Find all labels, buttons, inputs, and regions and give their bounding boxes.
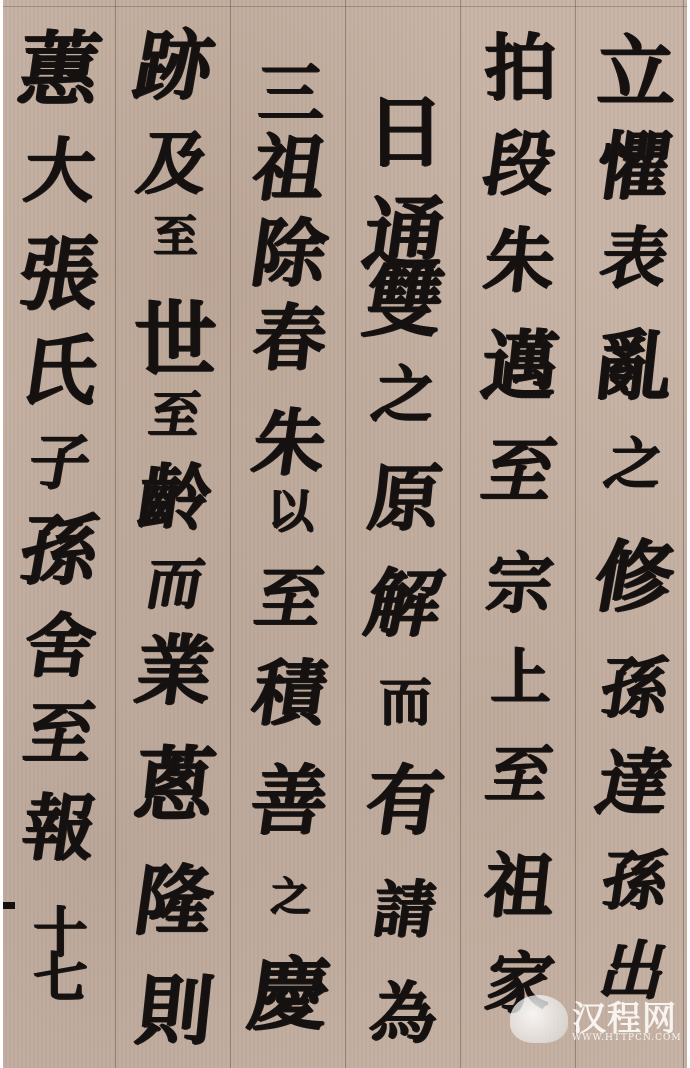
character: 至 — [452, 415, 588, 516]
character: 春 — [228, 280, 354, 384]
character: 請 — [342, 860, 470, 949]
character: 修 — [568, 515, 687, 627]
character: 蕙 — [3, 5, 126, 120]
character: 之 — [340, 345, 471, 434]
text-column-4: 三 祖 除 春 朱 以 至 積 善 之 慶 — [233, 0, 348, 1068]
character: 子 — [3, 415, 126, 501]
character: 以 — [233, 475, 348, 541]
character: 七 — [3, 935, 118, 1012]
character: 朱 — [458, 205, 584, 306]
character: 及 — [108, 110, 244, 207]
character: 而 — [348, 660, 463, 735]
text-column-2: 拍 段 朱 邁 至 宗 上 至 祖 家 — [463, 0, 578, 1068]
character: 雙 — [338, 240, 473, 352]
character: 祖 — [458, 830, 584, 931]
character: 孫 — [572, 830, 687, 922]
text-column-6: 蕙 大 張 氏 子 孫 舍 至 報 十 七 — [3, 0, 118, 1068]
character: 原 — [343, 440, 469, 544]
character: 則 — [112, 950, 238, 1059]
character: 慶 — [225, 930, 356, 1045]
character: 積 — [226, 635, 356, 739]
character: 至 — [225, 545, 357, 640]
character: 之 — [233, 865, 348, 922]
character: 亂 — [572, 305, 687, 414]
character: 張 — [3, 210, 126, 325]
watermark-url: WWW.HTTPCN.COM — [572, 1033, 682, 1043]
character: 齡 — [111, 440, 241, 544]
calligraphy-sheet: 立 懼 表 亂 之 修 孫 達 孫 出 拍 段 朱 邁 至 宗 上 至 祖 家 … — [3, 0, 687, 1068]
character: 蔥 — [112, 720, 239, 835]
character: 之 — [569, 420, 687, 500]
character: 大 — [3, 115, 123, 216]
watermark-logo-icon — [510, 995, 568, 1043]
character: 段 — [456, 108, 585, 209]
character: 拍 — [463, 10, 578, 114]
character: 懼 — [571, 108, 687, 214]
text-column-1: 立 懼 表 亂 之 修 孫 達 孫 出 — [578, 0, 687, 1068]
character: 解 — [337, 545, 475, 651]
character: 至 — [113, 375, 238, 447]
character: 業 — [110, 610, 240, 719]
character: 上 — [463, 630, 578, 716]
character: 至 — [454, 725, 588, 814]
character: 為 — [340, 960, 472, 1055]
character: 有 — [340, 740, 470, 849]
character: 日 — [348, 70, 463, 182]
character: 至 — [118, 200, 233, 264]
character: 氏 — [3, 310, 126, 419]
ink-mark — [3, 902, 15, 909]
character: 朱 — [226, 385, 356, 489]
character: 而 — [111, 540, 240, 620]
text-column-3: 日 通 雙 之 原 解 而 有 請 為 — [348, 0, 463, 1068]
character: 善 — [225, 740, 355, 849]
character: 邁 — [457, 305, 583, 414]
character: 至 — [3, 680, 127, 777]
character: 報 — [3, 770, 125, 874]
character: 跡 — [108, 5, 242, 114]
character: 達 — [567, 725, 687, 829]
character: 孫 — [3, 490, 128, 599]
text-column-5: 跡 及 至 世 至 齡 而 業 蔥 隆 則 — [118, 0, 233, 1068]
character: 表 — [570, 205, 687, 300]
character: 立 — [578, 10, 687, 122]
character: 舍 — [3, 590, 125, 691]
character: 孫 — [571, 635, 687, 730]
character: 宗 — [458, 530, 583, 625]
character: 隆 — [110, 840, 240, 949]
site-watermark: 汉程网 WWW.HTTPCN.COM — [500, 985, 690, 1055]
